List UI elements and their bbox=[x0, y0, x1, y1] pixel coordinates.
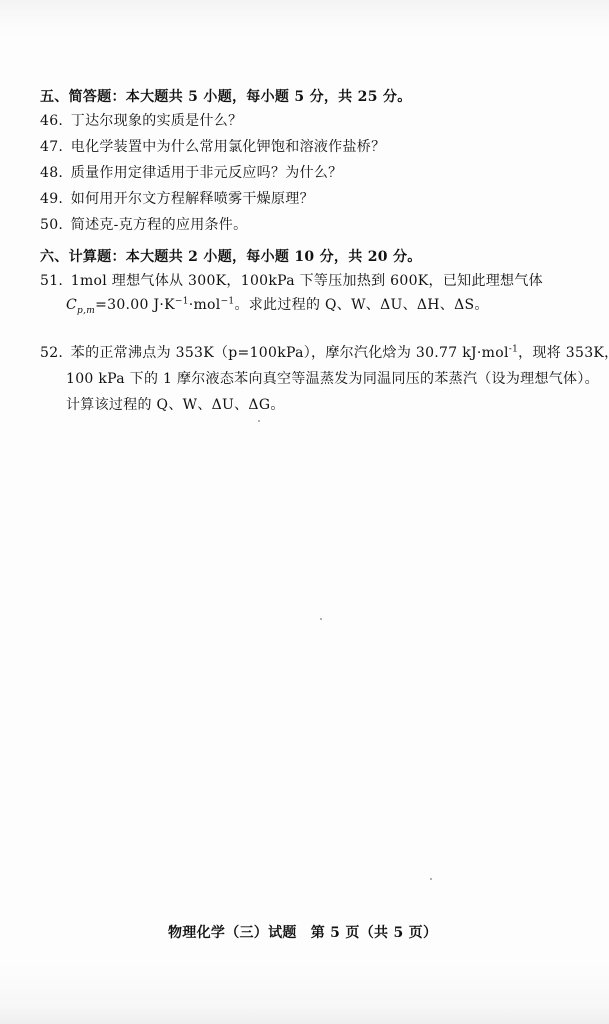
bleed-through-top bbox=[0, 0, 609, 40]
question-48: 48. 质量作用定律适用于非元反应吗？为什么？ bbox=[40, 164, 342, 182]
section-heading-calculation: 六、计算题：本大题共 2 小题，每小题 10 分，共 20 分。 bbox=[40, 248, 422, 266]
question-52-line2: 100 kPa 下的 1 摩尔液态苯向真空等温蒸发为同温同压的苯蒸汽（设为理想气… bbox=[66, 370, 599, 388]
question-number: 49. bbox=[40, 190, 66, 208]
scan-speck bbox=[430, 878, 432, 880]
question-text: 苯的正常沸点为 353K（p=100kPa），摩尔汽化焓为 30.77 kJ·m… bbox=[71, 345, 509, 361]
question-number: 46. bbox=[40, 112, 66, 130]
heat-capacity-value: =30.00 J·K bbox=[95, 297, 175, 313]
question-50: 50. 简述克-克方程的应用条件。 bbox=[40, 216, 247, 234]
question-51-line2: Cp,m=30.00 J·K−1·mol−1。求此过程的 Q、W、ΔU、ΔH、Δ… bbox=[66, 296, 489, 314]
question-text: 电化学装置中为什么常用氯化钾饱和溶液作盐桥？ bbox=[71, 139, 386, 155]
question-47: 47. 电化学装置中为什么常用氯化钾饱和溶液作盐桥？ bbox=[40, 138, 385, 156]
question-49: 49. 如何用开尔文方程解释喷雾干燥原理？ bbox=[40, 190, 314, 208]
heat-capacity-symbol: C bbox=[66, 297, 77, 313]
question-number: 50. bbox=[40, 216, 66, 234]
question-text: 丁达尔现象的实质是什么？ bbox=[71, 113, 243, 129]
question-number: 47. bbox=[40, 138, 66, 156]
unit-exponent: −1 bbox=[221, 296, 235, 306]
question-number: 51. bbox=[40, 272, 66, 290]
section-heading-short-answer: 五、简答题：本大题共 5 小题，每小题 5 分，共 25 分。 bbox=[40, 88, 412, 106]
unit-mol: ·mol bbox=[189, 297, 221, 313]
question-text: ，现将 353K， bbox=[518, 345, 609, 361]
question-text: 质量作用定律适用于非元反应吗？为什么？ bbox=[71, 165, 343, 181]
question-text: 1mol 理想气体从 300K，100kPa 下等压加热到 600K，已知此理想… bbox=[71, 273, 543, 289]
footer-title: 物理化学（三）试题 bbox=[168, 925, 297, 941]
question-text: 简述克-克方程的应用条件。 bbox=[71, 217, 248, 233]
scan-speck bbox=[320, 618, 322, 620]
page-footer: 物理化学（三）试题第 5 页（共 5 页） bbox=[168, 922, 437, 942]
question-text: 。求此过程的 Q、W、ΔU、ΔH、ΔS。 bbox=[234, 297, 488, 313]
exam-page: 五、简答题：本大题共 5 小题，每小题 5 分，共 25 分。 46. 丁达尔现… bbox=[0, 0, 609, 1024]
scan-speck bbox=[258, 420, 260, 422]
unit-exponent: -1 bbox=[509, 344, 518, 354]
question-52-line1: 52. 苯的正常沸点为 353K（p=100kPa），摩尔汽化焓为 30.77 … bbox=[40, 344, 609, 362]
question-51-line1: 51. 1mol 理想气体从 300K，100kPa 下等压加热到 600K，已… bbox=[40, 272, 543, 290]
question-52-line3: 计算该过程的 Q、W、ΔU、ΔG。 bbox=[66, 396, 285, 414]
question-46: 46. 丁达尔现象的实质是什么？ bbox=[40, 112, 242, 130]
question-number: 52. bbox=[40, 344, 66, 362]
unit-exponent: −1 bbox=[175, 296, 189, 306]
footer-page-info: 第 5 页（共 5 页） bbox=[311, 925, 438, 941]
bleed-through-bottom bbox=[0, 964, 609, 1024]
question-text: 如何用开尔文方程解释喷雾干燥原理？ bbox=[71, 191, 314, 207]
question-number: 48. bbox=[40, 164, 66, 182]
heat-capacity-subscript: p,m bbox=[77, 306, 95, 316]
